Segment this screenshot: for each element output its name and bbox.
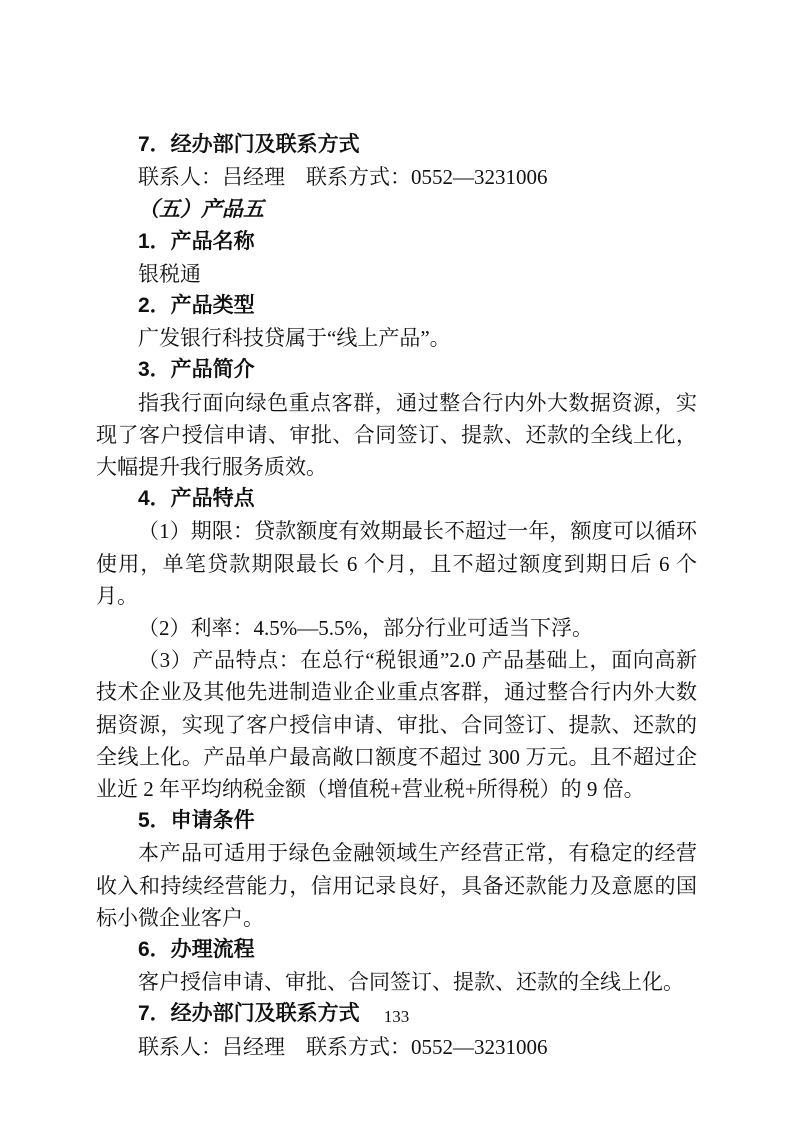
body-paragraph: 指我行面向绿色重点客群，通过整合行内外大数据资源，实现了客户授信申请、审批、合同… <box>96 387 697 484</box>
numbered-heading: 3．产品简介 <box>96 354 697 386</box>
numbered-heading: 1．产品名称 <box>96 226 697 258</box>
body-paragraph: 联系人：吕经理 联系方式：0552—3231006 <box>96 161 697 193</box>
document-page: 7．经办部门及联系方式联系人：吕经理 联系方式：0552—3231006（五）产… <box>0 0 793 1122</box>
page-number: 133 <box>0 1004 793 1030</box>
numbered-heading: 6．办理流程 <box>96 934 697 966</box>
section-heading: （五）产品五 <box>96 193 697 225</box>
numbered-heading: 2．产品类型 <box>96 290 697 322</box>
body-paragraph: 本产品可适用于绿色金融领域生产经营正常，有稳定的经营收入和持续经营能力，信用记录… <box>96 837 697 934</box>
body-paragraph: 广发银行科技贷属于“线上产品”。 <box>96 322 697 354</box>
body-paragraph: （2）利率：4.5%—5.5%，部分行业可适当下浮。 <box>96 612 697 644</box>
body-paragraph: 银税通 <box>96 258 697 290</box>
body-paragraph: 客户授信申请、审批、合同签订、提款、还款的全线上化。 <box>96 966 697 998</box>
numbered-heading: 5．申请条件 <box>96 805 697 837</box>
body-paragraph: （1）期限：贷款额度有效期最长不超过一年，额度可以循环使用，单笔贷款期限最长 6… <box>96 515 697 612</box>
body-paragraph: （3）产品特点：在总行“税银通”2.0 产品基础上，面向高新技术企业及其他先进制… <box>96 644 697 805</box>
numbered-heading: 4．产品特点 <box>96 483 697 515</box>
numbered-heading: 7．经办部门及联系方式 <box>96 129 697 161</box>
body-paragraph: 联系人：吕经理 联系方式：0552—3231006 <box>96 1031 697 1063</box>
document-body: 7．经办部门及联系方式联系人：吕经理 联系方式：0552—3231006（五）产… <box>96 129 697 1063</box>
